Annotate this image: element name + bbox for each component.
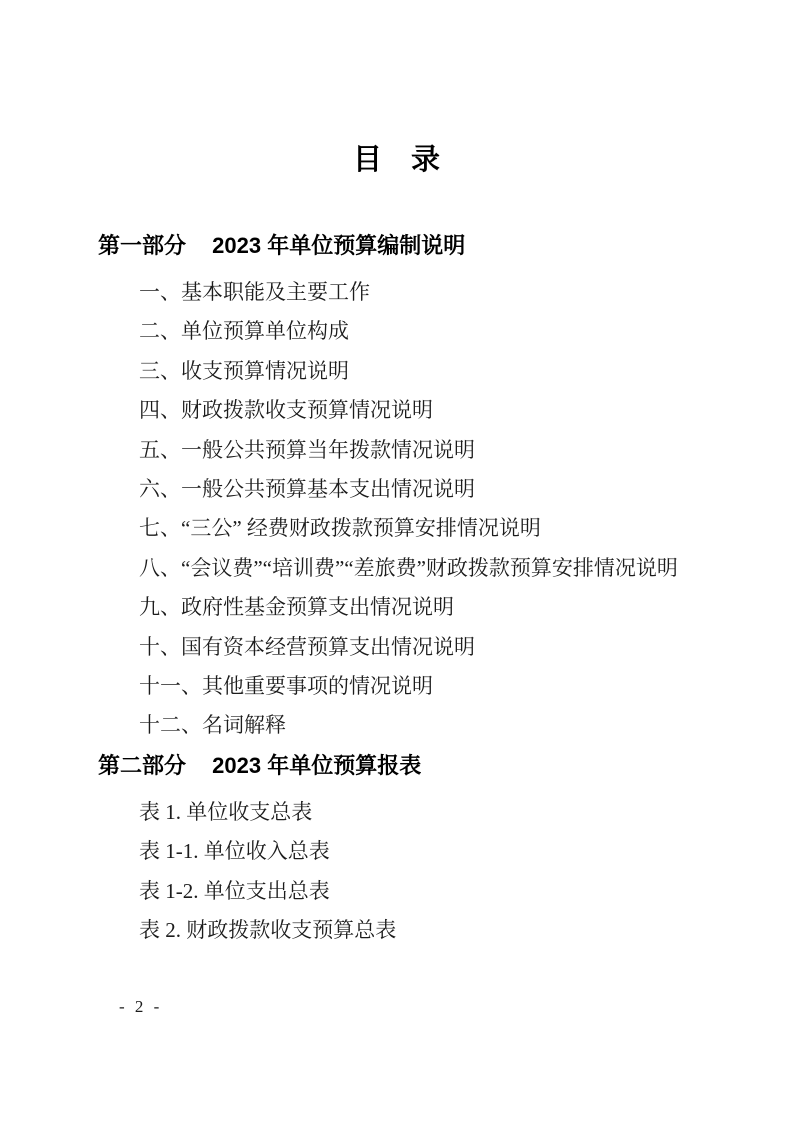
section-2-heading-prefix: 第二部分: [98, 751, 186, 781]
toc-item: 表 1-2. 单位支出总表: [139, 872, 684, 911]
toc-item: 十二、名词解释: [139, 706, 684, 745]
document-page: 目 录 第一部分 2023 年单位预算编制说明 一、基本职能及主要工作 二、单位…: [0, 0, 793, 1122]
section-1-heading: 第一部分 2023 年单位预算编制说明: [98, 231, 793, 261]
toc-section-2: 第二部分 2023 年单位预算报表 表 1. 单位收支总表 表 1-1. 单位收…: [0, 751, 793, 951]
page-number: - 2 -: [119, 997, 162, 1017]
section-1-heading-text: 2023 年单位预算编制说明: [212, 231, 465, 261]
toc-item: 表 2. 财政拨款收支预算总表: [139, 911, 684, 950]
toc-item: 四、财政拨款收支预算情况说明: [139, 391, 684, 430]
page-title: 目 录: [0, 0, 793, 177]
toc-section-1: 第一部分 2023 年单位预算编制说明 一、基本职能及主要工作 二、单位预算单位…: [0, 231, 793, 746]
toc-item: 二、单位预算单位构成: [139, 312, 684, 351]
section-1-heading-prefix: 第一部分: [98, 231, 186, 261]
toc-item: 三、收支预算情况说明: [139, 352, 684, 391]
toc-item: 五、一般公共预算当年拨款情况说明: [139, 431, 684, 470]
toc-item: 八、“会议费”“培训费”“差旅费”财政拨款预算安排情况说明: [139, 549, 684, 588]
toc-item: 表 1-1. 单位收入总表: [139, 832, 684, 871]
toc-item: 七、“三公” 经费财政拨款预算安排情况说明: [139, 509, 684, 548]
toc-item: 九、政府性基金预算支出情况说明: [139, 588, 684, 627]
section-2-heading: 第二部分 2023 年单位预算报表: [98, 751, 793, 781]
section-1-items: 一、基本职能及主要工作 二、单位预算单位构成 三、收支预算情况说明 四、财政拨款…: [139, 273, 691, 746]
toc-item: 表 1. 单位收支总表: [139, 793, 684, 832]
toc-item: 六、一般公共预算基本支出情况说明: [139, 470, 684, 509]
toc-item: 十一、其他重要事项的情况说明: [139, 667, 684, 706]
toc-item: 一、基本职能及主要工作: [139, 273, 684, 312]
section-2-heading-text: 2023 年单位预算报表: [212, 751, 421, 781]
toc-item: 十、国有资本经营预算支出情况说明: [139, 628, 684, 667]
section-2-items: 表 1. 单位收支总表 表 1-1. 单位收入总表 表 1-2. 单位支出总表 …: [139, 793, 691, 951]
